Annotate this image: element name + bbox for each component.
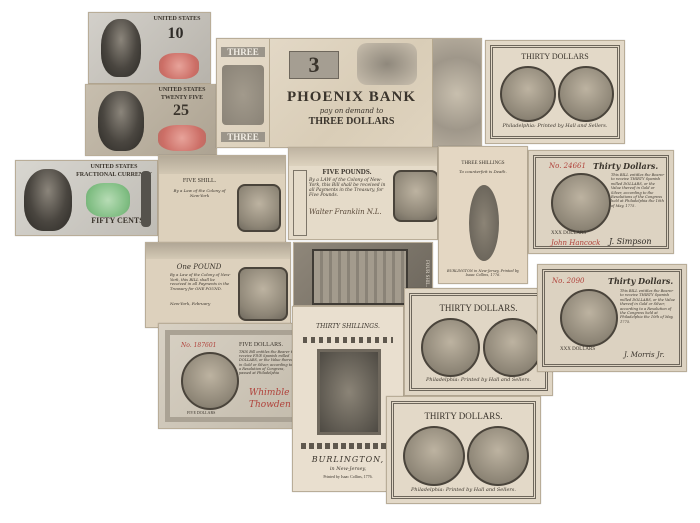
- engraved-scene: [159, 156, 285, 174]
- coat-of-arms: [237, 184, 281, 232]
- vignette-image: [222, 65, 264, 125]
- note-title: FIVE DOLLARS.: [239, 342, 283, 348]
- continental-five-dollar-note: No. 187601 FIVE DOLLARS. THIS Bill entit…: [158, 323, 304, 429]
- signature: J. Morris Jr.: [624, 351, 664, 359]
- side-label-bottom: THREE: [221, 132, 265, 142]
- note-subtitle: To counterfeit is Death.: [439, 169, 527, 174]
- note-header: UNITED STATES: [144, 16, 210, 22]
- place-date: New-York, February: [170, 301, 210, 306]
- signature-red: John Hancock: [551, 239, 600, 247]
- note-text: This BILL entitles the Bearer to receive…: [611, 173, 665, 229]
- sun-seal: [483, 318, 542, 377]
- engraved-scene: [289, 148, 437, 166]
- continental-thirty-dollar-note-serial: No. 24661 Thirty Dollars. This BILL enti…: [528, 150, 674, 254]
- fractional-currency-10-cents: UNITED STATES 10: [88, 12, 211, 84]
- note-label: TWENTY FIVE: [148, 95, 216, 101]
- numeral-panel: 3: [289, 51, 339, 79]
- serial-number: No. 24661: [549, 162, 586, 170]
- coat-of-arms: [393, 170, 438, 222]
- new-york-five-pounds-note: FIVE POUNDS. By a LAW of the Colony of N…: [288, 147, 438, 240]
- printer-imprint: Philadelphia: Printed by Hall and Seller…: [387, 487, 540, 493]
- wreath-seal: [560, 289, 618, 347]
- side-ornament: [141, 171, 151, 227]
- note-title: THIRTY DOLLARS: [486, 52, 624, 61]
- note-header: UNITED STATES: [148, 87, 216, 93]
- landscape-seal: [403, 426, 465, 486]
- printer-imprint: Philadelphia: Printed by Hall and Seller…: [486, 123, 624, 129]
- note-title: THIRTY SHILLINGS.: [293, 323, 403, 330]
- left-panel: THREE THREE: [217, 39, 270, 148]
- fractional-currency-50-cents: UNITED STATES FRACTIONAL CURRENCY FIFTY …: [15, 160, 158, 236]
- printer-imprint: BURLINGTON in New-Jersey, Printed by Isa…: [439, 269, 527, 277]
- note-value: 25: [154, 102, 208, 120]
- portrait-image: [98, 91, 144, 151]
- ornament-row: [303, 337, 393, 343]
- ornament-row-2: [301, 443, 395, 449]
- green-treasury-seal: [86, 183, 130, 217]
- landscape-seal: [421, 318, 480, 377]
- wreath-seal: [551, 173, 611, 233]
- note-text: This BILL entitles the Bearer to receive…: [620, 289, 676, 345]
- footer-text: XXX DOLLARS: [560, 347, 595, 352]
- continental-thirty-dollar-note-middle: THIRTY DOLLARS. Philadelphia: Printed by…: [404, 288, 553, 396]
- portrait-image: [101, 19, 141, 77]
- coat-of-arms: [238, 267, 288, 321]
- printer-imprint: Philadelphia: Printed by Hall and Seller…: [405, 377, 552, 383]
- thorn-bush-seal: [181, 352, 239, 410]
- red-treasury-seal: [159, 53, 199, 79]
- portrait-image: [24, 169, 72, 231]
- seated-figure-vignette: [357, 43, 417, 85]
- continental-thirty-dollar-note: THIRTY DOLLARS Philadelphia: Printed by …: [485, 40, 625, 144]
- note-title: FIVE POUNDS.: [307, 168, 387, 176]
- note-header: UNITED STATES: [71, 164, 157, 170]
- side-text: FOUR SHIL.: [424, 260, 429, 287]
- footer-text: FIVE DOLLARS: [187, 410, 215, 415]
- right-ornament: [432, 39, 481, 148]
- note-title: Thirty Dollars.: [608, 276, 673, 286]
- side-label-top: THREE: [221, 47, 265, 57]
- serial-number: No. 2090: [552, 277, 584, 285]
- note-title: Thirty Dollars.: [593, 161, 658, 171]
- signature-black: J. Simpson: [609, 237, 652, 246]
- machine-engraving: [312, 249, 408, 305]
- new-jersey-three-shillings-note: THREE SHILLINGS To counterfeit is Death.…: [438, 146, 528, 284]
- new-york-five-shillings-note: FIVE SHILL. By a Law of the Colony of Ne…: [158, 155, 286, 243]
- leaf-print: [469, 185, 499, 261]
- phoenix-bank-three-dollar-note: THREE THREE 3 PHOENIX BANK pay on demand…: [216, 38, 482, 148]
- signature-2: Thowden: [249, 400, 291, 410]
- note-title: THIRTY DOLLARS.: [405, 303, 552, 313]
- sun-seal: [558, 66, 614, 122]
- fractional-currency-25-cents: UNITED STATES TWENTY FIVE 25: [85, 84, 217, 156]
- landscape-seal: [500, 66, 556, 122]
- continental-thirty-dollar-note-bottom: THIRTY DOLLARS. Philadelphia: Printed by…: [386, 396, 541, 504]
- signature: Walter Franklin N.L.: [309, 208, 382, 216]
- continental-thirty-dollar-note-right: No. 2090 Thirty Dollars. This BILL entit…: [537, 264, 687, 372]
- footer-text: XXX DOLLARS: [551, 231, 586, 236]
- note-text: By a LAW of the Colony of New-York, this…: [309, 178, 389, 198]
- promise-text: pay on demand to: [272, 107, 431, 115]
- signature-1: Whimble: [249, 388, 289, 398]
- denomination: THREE DOLLARS: [272, 116, 431, 127]
- new-york-one-pound-note: One POUND By a Law of the Colony of New-…: [145, 242, 291, 328]
- note-title: THREE SHILLINGS: [439, 161, 527, 166]
- note-text: By a Law of the Colony of New-York, this…: [170, 273, 232, 299]
- engraved-scene: [146, 243, 290, 259]
- serial-number: No. 187601: [181, 342, 216, 349]
- red-treasury-seal: [158, 125, 206, 151]
- note-text: By a Law of the Colony of New-York: [169, 188, 230, 198]
- note-title: FIVE SHILL.: [169, 178, 230, 184]
- note-value: 10: [149, 25, 202, 43]
- sun-seal: [467, 426, 529, 486]
- side-label: [293, 170, 307, 236]
- note-title: THIRTY DOLLARS.: [387, 411, 540, 421]
- bank-name: PHOENIX BANK: [272, 89, 431, 106]
- note-title: One POUND: [168, 263, 230, 271]
- note-text: THIS Bill entitles the Bearer to receive…: [239, 350, 295, 380]
- leaf-print: [317, 349, 381, 435]
